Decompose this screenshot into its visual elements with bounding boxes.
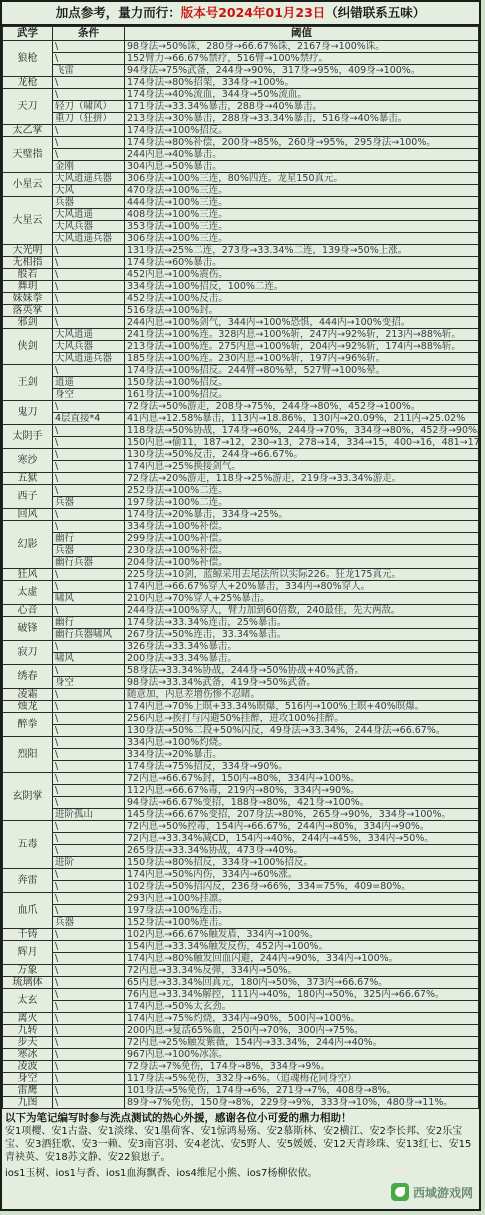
table-row: 离火\174内息→75%灼烧，334内→90%，500内→100%。	[3, 1013, 479, 1025]
condition-cell: \	[53, 785, 125, 797]
threshold-value-cell: 174内息→50%内伤，334内→60%涨。	[125, 869, 479, 881]
threshold-value-cell: 244内息→40%暴击。	[125, 149, 479, 161]
table-row: 大光明\131身法→25%二连，273身→33.34%二连，139身→50%上涨…	[3, 245, 479, 257]
threshold-value-cell: 213身法→100%连。275内息→100%斩，204内→92%斩，174内→8…	[125, 341, 479, 353]
skill-name-cell: 凌波	[3, 1061, 53, 1073]
condition-cell: \	[53, 953, 125, 965]
skill-name-cell: 奔雷	[3, 869, 53, 893]
condition-cell: \	[53, 893, 125, 905]
table-row: \174内息→50%太玄劲。	[3, 1001, 479, 1013]
threshold-value-cell: 152身法→100%连击。	[125, 917, 479, 929]
site-logo-icon	[391, 1183, 409, 1201]
table-row: 血爪\293内息→100%挂凛。	[3, 893, 479, 905]
threshold-value-cell: 94身法→66.67%变招，188身→80%，421身→100%。	[125, 797, 479, 809]
threshold-value-cell: 171身法→33.34%暴击，288身→40%暴击。	[125, 101, 479, 113]
skill-name-cell: 五狱	[3, 473, 53, 485]
threshold-value-cell: 299身法→100%补偿。	[125, 533, 479, 545]
threshold-value-cell: 72内息→33.34%反弹，334内→50%。	[125, 965, 479, 977]
condition-cell: \	[53, 761, 125, 773]
threshold-value-cell: 98身法→33.34%武备，419身→50%武备。	[125, 677, 479, 689]
condition-cell: \	[53, 485, 125, 497]
threshold-value-cell: 72身法→20%游走，118身→25%游走，219身→33.34%游走。	[125, 473, 479, 485]
table-row: \152臂力→66.67%禁疗，516臂→100%禁疗。	[3, 53, 479, 65]
page-title: 加点参考，量力而行：版本号2024年01月23日（纠错联系五味）	[2, 2, 479, 26]
threshold-value-cell: 516身法→100%封。	[125, 305, 479, 317]
watermark: 西域游戏网	[391, 1183, 473, 1201]
skill-table: 武学 条件 阈值 狼枪\98身法→50%诛，280身→66.67%诛，2167身…	[2, 26, 479, 1109]
table-row: 天刀\174身法→40%流血，344身→50%流血。	[3, 89, 479, 101]
condition-cell: \	[53, 845, 125, 857]
condition-cell: 大风兵器	[53, 221, 125, 233]
table-row: 重刀（狂拼）213身法→30%暴击，288身→33.34%暴击，516身→40%…	[3, 113, 479, 125]
skill-name-cell: 寒沙	[3, 449, 53, 473]
skill-name-cell: 烛龙	[3, 701, 53, 713]
skill-name-cell: 妹妹拳	[3, 293, 53, 305]
skill-name-cell: 太乙掌	[3, 125, 53, 137]
table-row: 西子\252身法→100%二连。	[3, 485, 479, 497]
credits-ios-names: ios1玉树、ios1与香、ios1血海飘香、ios4维尼小熊、ios7杨柳依依…	[5, 1167, 476, 1180]
condition-cell: \	[53, 725, 125, 737]
table-row: 凌波\72身法→7%免伤，174身→8%，334身→9%。	[3, 1061, 479, 1073]
threshold-value-cell: 72内息→25%触发紫薇，154内→33.34%，244内→40%。	[125, 1037, 479, 1049]
condition-cell: \	[53, 1025, 125, 1037]
threshold-value-cell: 72身法→7%免伤，174身→8%，334身→9%。	[125, 1061, 479, 1073]
table-row: \197身法→100%连击。	[3, 905, 479, 917]
threshold-value-cell: 174内息→75%灼烧，334内→90%，500内→100%。	[125, 1013, 479, 1025]
threshold-value-cell: 174身法→33.34%连击，25%暴击。	[125, 617, 479, 629]
table-row: 天璧指\174身法→80%补偿，200身→85%，260身→95%，295身法→…	[3, 137, 479, 149]
table-row: 狂风\225身法→10剑，蓝鲸采用去尾法所以实际226。狂龙175真元。	[3, 569, 479, 581]
threshold-value-cell: 174内息→25%换接剑气。	[125, 461, 479, 473]
condition-cell: \	[53, 137, 125, 149]
condition-cell: \	[53, 869, 125, 881]
table-row: 太虚\174内息→66.67%穿人+20%暴击，334内→80%穿人。	[3, 581, 479, 593]
condition-cell: 幽行兵器	[53, 557, 125, 569]
skill-name-cell: 大星云	[3, 197, 53, 245]
condition-cell: \	[53, 281, 125, 293]
table-row: 侠剑大风逍遥241身法→100%连。328内息→100%斩，247内→92%斩，…	[3, 329, 479, 341]
table-row: 琉璃体\65内息→33.34%回真元，180内→50%，373内→66.67%。	[3, 977, 479, 989]
table-row: \102身法→50%招闪反，236身→66%，334=75%，409=80%。	[3, 881, 479, 893]
condition-cell: \	[53, 449, 125, 461]
condition-cell: 金刚	[53, 161, 125, 173]
skill-name-cell: 舞玥	[3, 281, 53, 293]
condition-cell: \	[53, 929, 125, 941]
skill-name-cell: 血爪	[3, 893, 53, 929]
threshold-value-cell: 210内息→70%穿人+25%暴击。	[125, 593, 479, 605]
condition-cell: \	[53, 905, 125, 917]
skill-name-cell: 幻影	[3, 521, 53, 569]
table-row: 进阶孤山145身法→66.67%变招，207身法→80%，265身→90%，33…	[3, 809, 479, 821]
condition-cell: 大风逍遥兵器	[53, 233, 125, 245]
condition-cell: 啸风	[53, 653, 125, 665]
condition-cell: 大风兵器	[53, 341, 125, 353]
column-header-threshold: 阈值	[125, 27, 479, 41]
skill-name-cell: 无相指	[3, 257, 53, 269]
skill-name-cell: 身空	[3, 1073, 53, 1085]
condition-cell: 兵器	[53, 497, 125, 509]
condition-cell: \	[53, 1013, 125, 1025]
threshold-value-cell: 197身法→100%连击。	[125, 905, 479, 917]
table-row: \112内息→66.67%毒，219内→80%，334内→90%。	[3, 785, 479, 797]
threshold-value-cell: 174身法→60%暴击。	[125, 257, 479, 269]
condition-cell: \	[53, 881, 125, 893]
threshold-value-cell: 185身法→100%连。230内息→100%斩，197内→96%斩。	[125, 353, 479, 365]
threshold-value-cell: 118身法→50%协战，174身→60%，244身→70%，334身→80%，4…	[125, 425, 479, 437]
threshold-value-cell: 265身法→33.34%协战，473身→40%。	[125, 845, 479, 857]
table-row: 小星云大风逍遥兵器306身法→100%三连，80%四连。龙星150真元。	[3, 173, 479, 185]
condition-cell: 大风逍遥兵器	[53, 353, 125, 365]
table-row: \94身法→66.67%变招，188身→80%，421身→100%。	[3, 797, 479, 809]
table-row: 无相指\174身法→60%暴击。	[3, 257, 479, 269]
condition-cell: \	[53, 77, 125, 89]
threshold-value-cell: 174身法→80%招架，334身→100%。	[125, 77, 479, 89]
threshold-value-cell: 58身法→33.34%协战，244身→50%协战+40%武备。	[125, 665, 479, 677]
skill-name-cell: 小星云	[3, 173, 53, 197]
condition-cell: 兵器	[53, 197, 125, 209]
table-row: 逍遥150身法→100%招反。	[3, 377, 479, 389]
threshold-value-cell: 174身法→40%流血，344身→50%流血。	[125, 89, 479, 101]
threshold-value-cell: 256内息→挨打与闪避50%挂醉，进攻100%挂醉。	[125, 713, 479, 725]
skill-name-cell: 万象	[3, 965, 53, 977]
skill-name-cell: 辉月	[3, 941, 53, 965]
skill-name-cell: 天璧指	[3, 137, 53, 173]
skill-name-cell: 九图	[3, 1097, 53, 1109]
condition-cell: \	[53, 1061, 125, 1073]
table-row: 步天\72内息→25%触发紫薇，154内→33.34%，244内→40%。	[3, 1037, 479, 1049]
condition-cell: \	[53, 509, 125, 521]
table-row: 大风逍遥兵器185身法→100%连。230内息→100%斩，197内→96%斩。	[3, 353, 479, 365]
condition-cell: \	[53, 1073, 125, 1085]
condition-cell: 大风逍遥	[53, 209, 125, 221]
threshold-value-cell: 967内息→100%冰冻。	[125, 1049, 479, 1061]
condition-cell: \	[53, 41, 125, 53]
table-row: 大风470身法→100%三连。	[3, 185, 479, 197]
condition-cell: 兵器	[53, 545, 125, 557]
credits-heading: 以下为笔记编写时参与洗点测试的热心外援，感谢各位小可爱的鼎力相助！	[5, 1111, 476, 1125]
table-row: 奔雷\174内息→50%内伤，334内→60%涨。	[3, 869, 479, 881]
condition-cell: \	[53, 53, 125, 65]
threshold-value-cell: 334身法→100%招反，100%二连。	[125, 281, 479, 293]
condition-cell: \	[53, 425, 125, 437]
skill-name-cell: 破锋	[3, 617, 53, 641]
table-row: 寒沙\130身法→50%反击，244身→66.67%。	[3, 449, 479, 461]
threshold-value-cell: 94身法→75%武备，244身→90%，317身→95%，409身→100%。	[125, 65, 479, 77]
threshold-value-cell: 174身法→20%暴击，334身→25%。	[125, 509, 479, 521]
table-row: 大风逍遥408身法→100%三连。	[3, 209, 479, 221]
condition-cell: \	[53, 461, 125, 473]
table-row: 舞玥\334身法→100%招反，100%二连。	[3, 281, 479, 293]
condition-cell: 飞雷	[53, 65, 125, 77]
condition-cell: \	[53, 941, 125, 953]
skill-name-cell: 狼枪	[3, 41, 53, 77]
condition-cell: \	[53, 1085, 125, 1097]
table-row: 般若\452内息→100%震伤。	[3, 269, 479, 281]
condition-cell: \	[53, 269, 125, 281]
threshold-value-cell: 112内息→66.67%毒，219内→80%，334内→90%。	[125, 785, 479, 797]
threshold-value-cell: 334身法→20%暴击。	[125, 749, 479, 761]
threshold-value-cell: 131身法→25%二连，273身→33.34%二连，139身→50%上涨。	[125, 245, 479, 257]
column-header-skill: 武学	[3, 27, 53, 41]
title-contact-note: （纠错联系五味）	[325, 5, 425, 20]
table-row: 落英掌\516身法→100%封。	[3, 305, 479, 317]
threshold-value-cell: 130身法→50%二段+50%闪反，49身法→33.34%，244身法→66.6…	[125, 725, 479, 737]
table-row: 幽行兵器204身法→100%补偿。	[3, 557, 479, 569]
threshold-value-cell: 150内息→偷11，187→12，230→13，278→14，334→15，40…	[125, 437, 479, 449]
condition-cell: \	[53, 965, 125, 977]
table-row: 兵器152身法→100%连击。	[3, 917, 479, 929]
threshold-value-cell: 98身法→50%诛，280身→66.67%诛，2167身→100%诛。	[125, 41, 479, 53]
table-row: 千铸\102内息→66.67%触发盾，334内→100%。	[3, 929, 479, 941]
condition-cell: \	[53, 521, 125, 533]
condition-cell: \	[53, 689, 125, 701]
condition-cell: \	[53, 437, 125, 449]
table-row: \265身法→33.34%协战，473身→40%。	[3, 845, 479, 857]
table-row: \130身法→50%二段+50%闪反，49身法→33.34%，244身法→66.…	[3, 725, 479, 737]
table-row: 万象\72内息→33.34%反弹，334内→50%。	[3, 965, 479, 977]
table-row: 太阴手\118身法→50%协战，174身→60%，244身→70%，334身→8…	[3, 425, 479, 437]
table-row: 狼枪\98身法→50%诛，280身→66.67%诛，2167身→100%诛。	[3, 41, 479, 53]
table-row: 幽行299身法→100%补偿。	[3, 533, 479, 545]
condition-cell: 身空	[53, 389, 125, 401]
threshold-value-cell: 334内息→100%灼烧。	[125, 737, 479, 749]
threshold-value-cell: 444身法→100%三连。	[125, 197, 479, 209]
threshold-value-cell: 72内息→66.67%封，150内→80%，334内→100%。	[125, 773, 479, 785]
threshold-value-cell: 89身→7%免伤，150身→8%，229身→9%，333身→10%，480身→1…	[125, 1097, 479, 1109]
table-row: 太玄\76内息→33.34%解控，111内→40%，180内→50%，325内→…	[3, 989, 479, 1001]
table-row: \174内息→80%触发回血闪避，244内→90%，334内→100%。	[3, 953, 479, 965]
skill-name-cell: 大光明	[3, 245, 53, 257]
table-row: 九转\200内息→复活65%血，250内→70%，300内→75%。	[3, 1025, 479, 1037]
table-row: 回风\174身法→20%暴击，334身→25%。	[3, 509, 479, 521]
skill-name-cell: 千铸	[3, 929, 53, 941]
table-row: 烈阳\334内息→100%灼烧。	[3, 737, 479, 749]
condition-cell: \	[53, 293, 125, 305]
table-row: 4层直接*441内息→12.58%暴击，113内→18.86%，130内→20.…	[3, 413, 479, 425]
threshold-value-cell: 41内息→12.58%暴击，113内→18.86%，130内→20.09%，21…	[125, 413, 479, 425]
skill-name-cell: 寒冰	[3, 1049, 53, 1061]
threshold-value-cell: 408身法→100%三连。	[125, 209, 479, 221]
table-row: 寒冰\967内息→100%冰冻。	[3, 1049, 479, 1061]
table-row: 破锋幽行174身法→33.34%连击，25%暴击。	[3, 617, 479, 629]
table-row: 雷鹰\101身法→5%免伤，174身→6%，271身→7%，408身→8%。	[3, 1085, 479, 1097]
skill-name-cell: 醉拳	[3, 713, 53, 737]
threshold-value-cell: 随意加，内息差增伤惨不忍睹。	[125, 689, 479, 701]
skill-name-cell: 王剑	[3, 365, 53, 401]
guide-sheet: 加点参考，量力而行：版本号2024年01月23日（纠错联系五味） 武学 条件 阈…	[0, 0, 481, 1211]
skill-name-cell: 烈阳	[3, 737, 53, 773]
table-row: 幽行兵器啸风267身法→50%连击，33.34%暴击。	[3, 629, 479, 641]
table-row: 妹妹拳\452身法→100%反击。	[3, 293, 479, 305]
table-row: 辉月\154内息→33.34%触发反伤，452内→100%。	[3, 941, 479, 953]
threshold-value-cell: 72内息→33.34%减CD，154内→40%，244内→45%，334内→50…	[125, 833, 479, 845]
skill-name-cell: 龙枪	[3, 77, 53, 89]
threshold-value-cell: 117身法→5%免伤，332身→6%。（追魂梅花同身空）	[125, 1073, 479, 1085]
condition-cell: 进阶孤山	[53, 809, 125, 821]
table-row: 鬼刀\72身法→50%游走，208身→75%，244身→80%，452身→100…	[3, 401, 479, 413]
threshold-value-cell: 306身法→100%三连。	[125, 233, 479, 245]
table-row: 五狱\72身法→20%游走，118身→25%游走，219身→33.34%游走。	[3, 473, 479, 485]
threshold-value-cell: 204身法→100%补偿。	[125, 557, 479, 569]
condition-cell: \	[53, 1001, 125, 1013]
threshold-value-cell: 145身法→66.67%变招，207身法→80%，265身→90%，334身→1…	[125, 809, 479, 821]
skill-name-cell: 鬼刀	[3, 401, 53, 425]
condition-cell: \	[53, 125, 125, 137]
skill-name-cell: 太虚	[3, 581, 53, 605]
threshold-value-cell: 200身法→33.34%暴击。	[125, 653, 479, 665]
skill-name-cell: 心音	[3, 605, 53, 617]
table-row: \72内息→33.34%减CD，154内→40%，244内→45%，334内→5…	[3, 833, 479, 845]
condition-cell: \	[53, 989, 125, 1001]
threshold-value-cell: 244身法→100%穿人，臂力加到60倍数，240最佳，先大两敌。	[125, 605, 479, 617]
skill-name-cell: 太阴手	[3, 425, 53, 449]
threshold-value-cell: 334身法→100%补偿。	[125, 521, 479, 533]
condition-cell: \	[53, 89, 125, 101]
condition-cell: \	[53, 773, 125, 785]
condition-cell: 重刀（狂拼）	[53, 113, 125, 125]
condition-cell: \	[53, 581, 125, 593]
condition-cell: 幽行	[53, 533, 125, 545]
skill-name-cell: 侠剑	[3, 329, 53, 365]
threshold-value-cell: 174内息→50%太玄劲。	[125, 1001, 479, 1013]
threshold-value-cell: 152臂力→66.67%禁疗，516臂→100%禁疗。	[125, 53, 479, 65]
condition-cell: \	[53, 245, 125, 257]
table-header-row: 武学 条件 阈值	[3, 27, 479, 41]
skill-table-body: 狼枪\98身法→50%诛，280身→66.67%诛，2167身→100%诛。\1…	[3, 41, 479, 1109]
table-row: 金刚304内息→50%暴击。	[3, 161, 479, 173]
skill-name-cell: 太玄	[3, 989, 53, 1013]
condition-cell: \	[53, 605, 125, 617]
threshold-value-cell: 306身法→100%三连，80%四连。龙星150真元。	[125, 173, 479, 185]
threshold-value-cell: 244内息→100%剑气，344内→100%恐惧，444内→100%变招。	[125, 317, 479, 329]
threshold-value-cell: 174内息→66.67%穿人+20%暴击，334内→80%穿人。	[125, 581, 479, 593]
skill-name-cell: 天刀	[3, 89, 53, 125]
threshold-value-cell: 150身法→100%招反。	[125, 377, 479, 389]
table-row: 进阶150身法→80%招反，334身→100%招反。	[3, 857, 479, 869]
table-row: 飞雷94身法→75%武备，244身→90%，317身→95%，409身→100%…	[3, 65, 479, 77]
table-row: \174内息→25%换接剑气。	[3, 461, 479, 473]
skill-name-cell: 玄阴掌	[3, 773, 53, 821]
table-row: 绣春\58身法→33.34%协战，244身→50%协战+40%武备。	[3, 665, 479, 677]
threshold-value-cell: 252身法→100%二连。	[125, 485, 479, 497]
table-row: 兵器230身法→100%补偿。	[3, 545, 479, 557]
threshold-value-cell: 72身法→50%游走，208身→75%，244身→80%，452身→100%。	[125, 401, 479, 413]
skill-name-cell: 狂风	[3, 569, 53, 581]
table-row: 大星云兵器444身法→100%三连。	[3, 197, 479, 209]
threshold-value-cell: 174身法→100%招反。	[125, 125, 479, 137]
threshold-value-cell: 470身法→100%三连。	[125, 185, 479, 197]
table-row: 太乙掌\174身法→100%招反。	[3, 125, 479, 137]
table-row: 邪剑\244内息→100%剑气，344内→100%恐惧，444内→100%变招。	[3, 317, 479, 329]
threshold-value-cell: 102内息→66.67%触发盾，334内→100%。	[125, 929, 479, 941]
condition-cell: \	[53, 821, 125, 833]
skill-name-cell: 凌霜	[3, 689, 53, 701]
table-row: \334身法→20%暴击。	[3, 749, 479, 761]
skill-name-cell: 落英掌	[3, 305, 53, 317]
threshold-value-cell: 154内息→33.34%触发反伤，452内→100%。	[125, 941, 479, 953]
condition-cell: 进阶	[53, 857, 125, 869]
table-row: \174身法→75%招反，334身→90%。	[3, 761, 479, 773]
skill-name-cell: 般若	[3, 269, 53, 281]
watermark-site-name: 西域游戏网	[413, 1184, 473, 1201]
threshold-value-cell: 102身法→50%招闪反，236身→66%，334=75%，409=80%。	[125, 881, 479, 893]
threshold-value-cell: 72内息→50%控毒，154内→66.67%，244内→80%，334内→90%…	[125, 821, 479, 833]
skill-name-cell: 绣春	[3, 665, 53, 689]
condition-cell: \	[53, 977, 125, 989]
condition-cell: \	[53, 149, 125, 161]
threshold-value-cell: 197身法→100%二连。	[125, 497, 479, 509]
condition-cell: \	[53, 1037, 125, 1049]
condition-cell: \	[53, 797, 125, 809]
condition-cell: \	[53, 1049, 125, 1061]
table-row: 王剑\174身法→100%招反。244臂→80%晕，527臂→100%晕。	[3, 365, 479, 377]
threshold-value-cell: 174身法→75%招反，334身→90%。	[125, 761, 479, 773]
skill-name-cell: 琉璃体	[3, 977, 53, 989]
threshold-value-cell: 65内息→33.34%回真元，180内→50%，373内→66.67%。	[125, 977, 479, 989]
threshold-value-cell: 161身法→100%招反。	[125, 389, 479, 401]
threshold-value-cell: 293内息→100%挂凛。	[125, 893, 479, 905]
threshold-value-cell: 174内息→80%触发回血闪避，244内→90%，334内→100%。	[125, 953, 479, 965]
skill-name-cell: 步天	[3, 1037, 53, 1049]
table-row: 醉拳\256内息→挨打与闪避50%挂醉，进攻100%挂醉。	[3, 713, 479, 725]
skill-name-cell: 西子	[3, 485, 53, 509]
condition-cell: \	[53, 749, 125, 761]
threshold-value-cell: 101身法→5%免伤，174身→6%，271身→7%，408身→8%。	[125, 1085, 479, 1097]
condition-cell: \	[53, 401, 125, 413]
table-row: 寂刀\326身法→33.34%暴击。	[3, 641, 479, 653]
credits-footer: 以下为笔记编写时参与洗点测试的热心外援，感谢各位小可爱的鼎力相助！ 安1项樱、安…	[2, 1109, 479, 1180]
table-row: 心音\244身法→100%穿人，臂力加到60倍数，240最佳，先大两敌。	[3, 605, 479, 617]
table-row: 啸风210内息→70%穿人+25%暴击。	[3, 593, 479, 605]
threshold-value-cell: 76内息→33.34%解控，111内→40%，180内→50%，325内→66.…	[125, 989, 479, 1001]
table-row: 烛龙\174内息→70%上暝+33.34%暝爆，516内→100%上暝+40%暝…	[3, 701, 479, 713]
table-row: 大风兵器353身法→100%三连。	[3, 221, 479, 233]
threshold-value-cell: 213身法→30%暴击，288身→33.34%暴击，516身→40%暴击。	[125, 113, 479, 125]
condition-cell: 逍遥	[53, 377, 125, 389]
condition-cell: \	[53, 365, 125, 377]
condition-cell: 兵器	[53, 917, 125, 929]
condition-cell: \	[53, 833, 125, 845]
condition-cell: \	[53, 1097, 125, 1109]
title-version-date: 版本号2024年01月23日	[181, 5, 326, 20]
threshold-value-cell: 267身法→50%连击，33.34%暴击。	[125, 629, 479, 641]
skill-name-cell: 九转	[3, 1025, 53, 1037]
threshold-value-cell: 230身法→100%补偿。	[125, 545, 479, 557]
condition-cell: 轻刀（啸风）	[53, 101, 125, 113]
table-row: 身空98身法→33.34%武备，419身→50%武备。	[3, 677, 479, 689]
condition-cell: \	[53, 665, 125, 677]
table-row: 啸风200身法→33.34%暴击。	[3, 653, 479, 665]
table-row: 身空\117身法→5%免伤，332身→6%。（追魂梅花同身空）	[3, 1073, 479, 1085]
condition-cell: \	[53, 317, 125, 329]
credits-android-names: 安1项樱、安1古盎、安1淡缘、安1墨荷客、安1惊鸿易殇、安2慕斯林、安2横江、安…	[5, 1125, 476, 1164]
threshold-value-cell: 150身法→80%招反，334身→100%招反。	[125, 857, 479, 869]
condition-cell: 大风	[53, 185, 125, 197]
condition-cell: 身空	[53, 677, 125, 689]
table-row: 幻影\334身法→100%补偿。	[3, 521, 479, 533]
condition-cell: \	[53, 473, 125, 485]
table-row: 大风逍遥兵器306身法→100%三连。	[3, 233, 479, 245]
threshold-value-cell: 326身法→33.34%暴击。	[125, 641, 479, 653]
condition-cell: 大风逍遥	[53, 329, 125, 341]
threshold-value-cell: 241身法→100%连。328内息→100%斩，247内→92%斩，213内→8…	[125, 329, 479, 341]
threshold-value-cell: 174身法→80%补偿，200身→85%，260身→95%，295身法→100%…	[125, 137, 479, 149]
condition-cell: \	[53, 305, 125, 317]
condition-cell: \	[53, 257, 125, 269]
table-row: 玄阴掌\72内息→66.67%封，150内→80%，334内→100%。	[3, 773, 479, 785]
table-row: \150内息→偷11，187→12，230→13，278→14，334→15，4…	[3, 437, 479, 449]
skill-name-cell: 离火	[3, 1013, 53, 1025]
